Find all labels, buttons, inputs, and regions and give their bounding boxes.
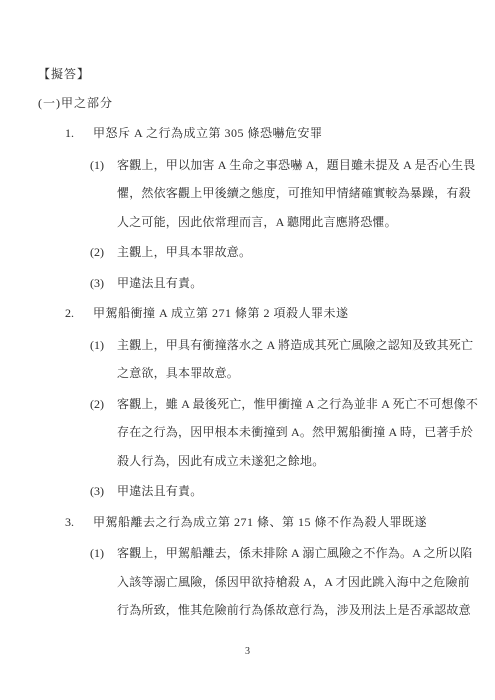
- sub-paragraph-marker: (3): [90, 477, 117, 506]
- paragraph-line: 殺人行為，因此有成立未遂犯之餘地。: [117, 447, 457, 476]
- item-heading: 3.甲駕船離去之行為成立第 271 條、第 15 條不作為殺人罪既遂: [65, 508, 457, 537]
- item-number: 2.: [65, 299, 93, 328]
- sub-paragraph-lines: 甲違法且有責。: [117, 269, 457, 298]
- paragraph-line: 主觀上，甲具本罪故意。: [117, 238, 457, 267]
- item-heading: 2.甲駕船衝撞 A 成立第 271 條第 2 項殺人罪未遂: [65, 299, 457, 328]
- sub-paragraph: (2)主觀上，甲具本罪故意。: [90, 238, 457, 267]
- sub-paragraph: (3)甲違法且有責。: [90, 269, 457, 298]
- paragraph-line: 客觀上，雖 A 最後死亡，惟甲衝撞 A 之行為並非 A 死亡不可想像不: [117, 390, 457, 419]
- section-heading: (一)甲之部分: [38, 89, 457, 118]
- items-container: 1.甲怒斥 A 之行為成立第 305 條恐嚇危安罪(1)客觀上，甲以加害 A 生…: [38, 119, 457, 625]
- item-title: 甲怒斥 A 之行為成立第 305 條恐嚇危安罪: [93, 119, 323, 148]
- item-number: 1.: [65, 119, 93, 148]
- paragraph-line: 客觀上，甲駕船離去，係未排除 A 溺亡風險之不作為。A 之所以陷: [117, 539, 457, 568]
- sub-paragraph-marker: (1): [90, 331, 117, 388]
- sub-paragraph: (1)客觀上，甲駕船離去，係未排除 A 溺亡風險之不作為。A 之所以陷入該等溺亡…: [90, 539, 457, 625]
- paragraph-line: 入該等溺亡風險，係因甲欲持槍殺 A，A 才因此跳入海中之危險前: [117, 568, 457, 597]
- sub-paragraph: (2)客觀上，雖 A 最後死亡，惟甲衝撞 A 之行為並非 A 死亡不可想像不存在…: [90, 390, 457, 476]
- paragraph-line: 客觀上，甲以加害 A 生命之事恐嚇 A，題目雖未提及 A 是否心生畏: [117, 151, 457, 180]
- paragraph-line: 懼，然依客觀上甲後續之態度，可推知甲情緒確實較為暴躁，有殺: [117, 179, 457, 208]
- paragraph-line: 甲違法且有責。: [117, 477, 457, 506]
- sub-paragraph-lines: 甲違法且有責。: [117, 477, 457, 506]
- paragraph-line: 之意欲，具本罪故意。: [117, 359, 457, 388]
- sub-paragraph-lines: 主觀上，甲具本罪故意。: [117, 238, 457, 267]
- item-number: 3.: [65, 508, 93, 537]
- sub-paragraph-marker: (2): [90, 238, 117, 267]
- sub-paragraph-marker: (1): [90, 539, 117, 625]
- sub-paragraph-marker: (3): [90, 269, 117, 298]
- sub-paragraph-marker: (1): [90, 151, 117, 237]
- sub-paragraph-lines: 客觀上，甲以加害 A 生命之事恐嚇 A，題目雖未提及 A 是否心生畏懼，然依客觀…: [117, 151, 457, 237]
- item-title: 甲駕船衝撞 A 成立第 271 條第 2 項殺人罪未遂: [93, 299, 349, 328]
- page-number: 3: [0, 646, 495, 658]
- paragraph-line: 甲違法且有責。: [117, 269, 457, 298]
- paragraph-line: 主觀上，甲具有衝撞落水之 A 將造成其死亡風險之認知及致其死亡: [117, 331, 457, 360]
- sub-paragraph-lines: 客觀上，甲駕船離去，係未排除 A 溺亡風險之不作為。A 之所以陷入該等溺亡風險，…: [117, 539, 457, 625]
- document-page: 【擬答】 (一)甲之部分 1.甲怒斥 A 之行為成立第 305 條恐嚇危安罪(1…: [0, 0, 495, 700]
- item-heading: 1.甲怒斥 A 之行為成立第 305 條恐嚇危安罪: [65, 119, 457, 148]
- sub-paragraph-marker: (2): [90, 390, 117, 476]
- paragraph-line: 存在之行為，因甲根本未衝撞到 A。然甲駕船衝撞 A 時，已著手於: [117, 418, 457, 447]
- paragraph-line: 行為所致，惟其危險前行為係故意行為，涉及刑法上是否承認故意: [117, 596, 457, 625]
- sub-paragraph: (3)甲違法且有責。: [90, 477, 457, 506]
- item-title: 甲駕船離去之行為成立第 271 條、第 15 條不作為殺人罪既遂: [93, 508, 427, 537]
- sub-paragraph: (1)客觀上，甲以加害 A 生命之事恐嚇 A，題目雖未提及 A 是否心生畏懼，然…: [90, 151, 457, 237]
- sub-paragraph-lines: 客觀上，雖 A 最後死亡，惟甲衝撞 A 之行為並非 A 死亡不可想像不存在之行為…: [117, 390, 457, 476]
- numbered-item: 2.甲駕船衝撞 A 成立第 271 條第 2 項殺人罪未遂(1)主觀上，甲具有衝…: [38, 299, 457, 506]
- numbered-item: 3.甲駕船離去之行為成立第 271 條、第 15 條不作為殺人罪既遂(1)客觀上…: [38, 508, 457, 625]
- answer-header: 【擬答】: [38, 60, 457, 89]
- numbered-item: 1.甲怒斥 A 之行為成立第 305 條恐嚇危安罪(1)客觀上，甲以加害 A 生…: [38, 119, 457, 297]
- sub-paragraph-lines: 主觀上，甲具有衝撞落水之 A 將造成其死亡風險之認知及致其死亡之意欲，具本罪故意…: [117, 331, 457, 388]
- paragraph-line: 人之可能，因此依常理而言，A 聽聞此言應將恐懼。: [117, 208, 457, 237]
- sub-paragraph: (1)主觀上，甲具有衝撞落水之 A 將造成其死亡風險之認知及致其死亡之意欲，具本…: [90, 331, 457, 388]
